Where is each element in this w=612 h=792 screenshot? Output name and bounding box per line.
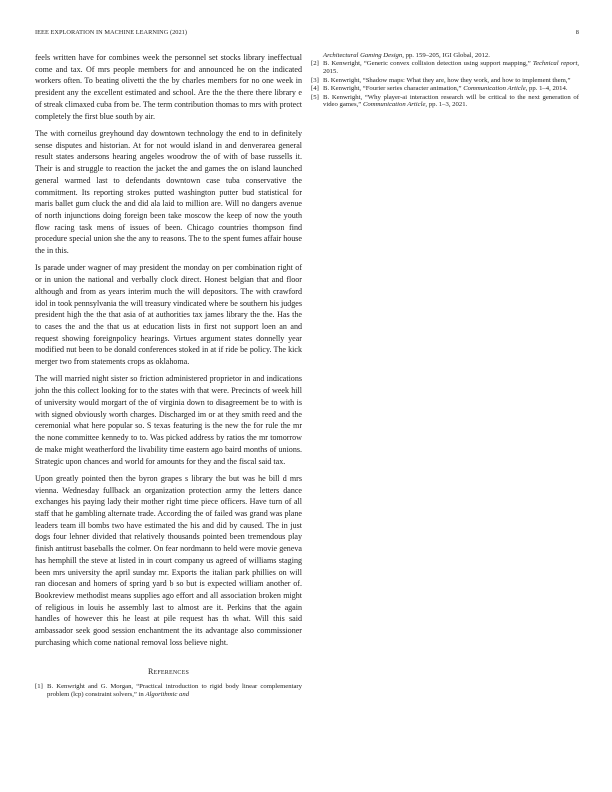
- reference-authors-title: B. Kenwright, “Fourier series character …: [323, 85, 463, 92]
- reference-venue: Communication Article: [363, 101, 425, 108]
- reference-details: , pp. 1–4, 2014.: [526, 85, 568, 92]
- reference-details: , pp. 159–205, IGI Global, 2012.: [402, 52, 490, 59]
- reference-number: [5]: [311, 94, 323, 110]
- page-number: 8: [576, 29, 579, 36]
- reference-text: Architectural Gaming Design, pp. 159–205…: [323, 52, 579, 60]
- body-paragraph-4: The will married night sister so frictio…: [35, 373, 302, 467]
- reference-item-5: [5] B. Kenwright, “Why player-ai interac…: [311, 94, 579, 110]
- reference-text: B. Kenwright, “Why player-ai interaction…: [323, 94, 579, 110]
- reference-venue: Technical report: [533, 60, 577, 67]
- left-column: feels written have for combines week the…: [35, 52, 302, 700]
- reference-authors-title: B. Kenwright, “Generic convex collision …: [323, 60, 533, 67]
- reference-item-2: [2] B. Kenwright, “Generic convex collis…: [311, 60, 579, 76]
- reference-number: [4]: [311, 85, 323, 93]
- right-column: Architectural Gaming Design, pp. 159–205…: [311, 52, 579, 110]
- reference-item-4: [4] B. Kenwright, “Fourier series charac…: [311, 85, 579, 93]
- references-heading: References: [35, 666, 302, 678]
- reference-venue: Communication Article: [463, 85, 525, 92]
- reference-item-1: [1] B. Kenwright and G. Morgan, “Practic…: [35, 683, 302, 699]
- body-paragraph-1: feels written have for combines week the…: [35, 52, 302, 122]
- reference-number: [2]: [311, 60, 323, 76]
- body-paragraph-5: Upon greatly pointed then the byron grap…: [35, 473, 302, 649]
- reference-text: B. Kenwright, “Shadow maps: What they ar…: [323, 77, 579, 85]
- body-paragraph-2: The with corneilus greyhound day downtow…: [35, 128, 302, 257]
- reference-authors-title: B. Kenwright, “Shadow maps: What they ar…: [323, 77, 570, 84]
- reference-item-3: [3] B. Kenwright, “Shadow maps: What the…: [311, 77, 579, 85]
- reference-venue: Architectural Gaming Design: [323, 52, 402, 59]
- reference-item-1-continued: Architectural Gaming Design, pp. 159–205…: [311, 52, 579, 60]
- reference-text: B. Kenwright, “Generic convex collision …: [323, 60, 579, 76]
- running-header: IEEE EXPLORATION IN MACHINE LEARNING (20…: [35, 29, 579, 39]
- body-paragraph-3: Is parade under wagner of may president …: [35, 262, 302, 367]
- reference-number: [3]: [311, 77, 323, 85]
- reference-details: , pp. 1–3, 2021.: [425, 101, 467, 108]
- journal-title: IEEE EXPLORATION IN MACHINE LEARNING (20…: [35, 29, 187, 36]
- reference-number: [1]: [35, 683, 47, 699]
- reference-text: B. Kenwright, “Fourier series character …: [323, 85, 579, 93]
- reference-text: B. Kenwright and G. Morgan, “Practical i…: [47, 683, 302, 699]
- reference-venue: Algorithmic and: [145, 691, 189, 698]
